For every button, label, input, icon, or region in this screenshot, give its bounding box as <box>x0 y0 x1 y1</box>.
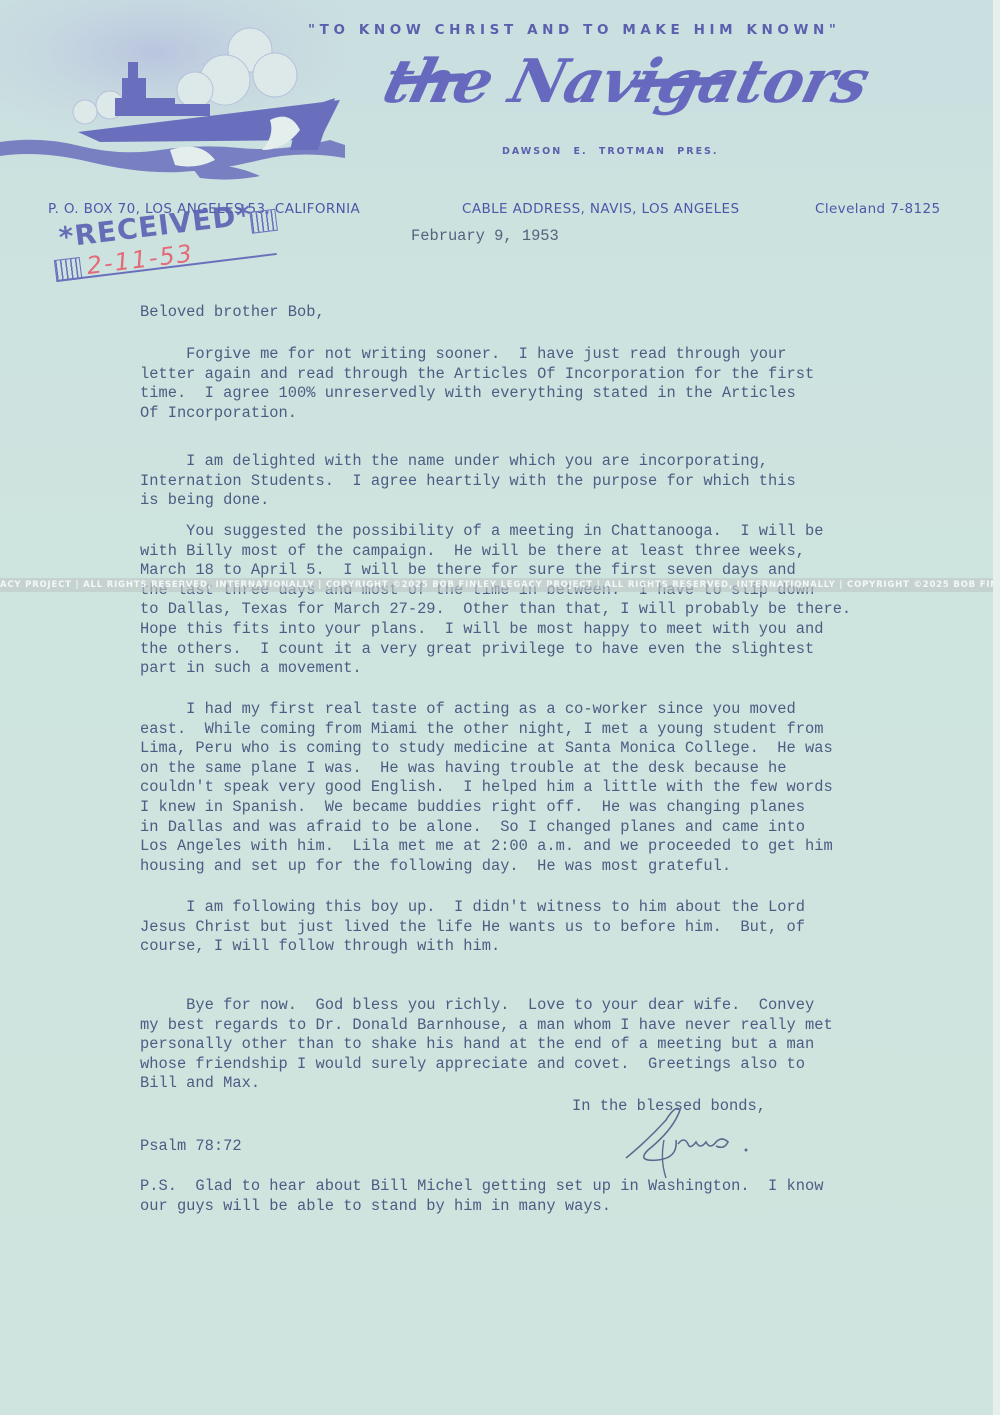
stamp-ticks-icon <box>54 257 82 282</box>
letter-paragraph: Bye for now. God bless you richly. Love … <box>140 996 833 1094</box>
letter-line: I knew in Spanish. We became buddies rig… <box>140 798 833 818</box>
letter-line: Hope this fits into your plans. I will b… <box>140 620 851 640</box>
letterhead-brand-logo: the Navigators <box>378 52 875 112</box>
letter-line: You suggested the possibility of a meeti… <box>140 522 851 542</box>
letter-line: letter again and read through the Articl… <box>140 365 814 385</box>
letter-line: course, I will follow through with him. <box>140 937 805 957</box>
letter-paragraph: You suggested the possibility of a meeti… <box>140 522 851 679</box>
letter-line: I had my first real taste of acting as a… <box>140 700 833 720</box>
paper-edge <box>993 0 1000 1415</box>
letter-line: housing and set up for the following day… <box>140 857 833 877</box>
letter-page: "TO KNOW CHRIST AND TO MAKE HIM KNOWN" t… <box>0 0 993 1415</box>
letter-line: couldn't speak very good English. I help… <box>140 778 833 798</box>
letter-line: Forgive me for not writing sooner. I hav… <box>140 345 814 365</box>
letter-line: in Dallas and was afraid to be alone. So… <box>140 818 833 838</box>
copyright-watermark: ACY PROJECT | ALL RIGHTS RESERVED, INTER… <box>0 578 1000 592</box>
letter-paragraph: Forgive me for not writing sooner. I hav… <box>140 345 814 423</box>
stamp-ticks-icon <box>249 209 277 234</box>
letter-line: the others. I count it a very great priv… <box>140 640 851 660</box>
letter-date: February 9, 1953 <box>411 227 559 247</box>
letter-line: P.S. Glad to hear about Bill Michel gett… <box>140 1177 823 1197</box>
letter-line: on the same plane I was. He was having t… <box>140 759 833 779</box>
letterhead-phone: Cleveland 7-8125 <box>815 201 940 217</box>
letter-line: Jesus Christ but just lived the life He … <box>140 918 805 938</box>
letter-line: part in such a movement. <box>140 659 851 679</box>
letter-line: to Dallas, Texas for March 27-29. Other … <box>140 600 851 620</box>
letter-paragraph: I am delighted with the name under which… <box>140 452 796 511</box>
letter-line: with Billy most of the campaign. He will… <box>140 542 851 562</box>
letter-line: I am delighted with the name under which… <box>140 452 796 472</box>
letter-line: our guys will be able to stand by him in… <box>140 1197 823 1217</box>
letter-paragraph: I am following this boy up. I didn't wit… <box>140 898 805 957</box>
letter-postscript: P.S. Glad to hear about Bill Michel gett… <box>140 1177 823 1216</box>
letter-line: I am following this boy up. I didn't wit… <box>140 898 805 918</box>
battleship-illustration <box>0 0 345 185</box>
letter-line: Of Incorporation. <box>140 404 814 424</box>
letter-line: my best regards to Dr. Donald Barnhouse,… <box>140 1016 833 1036</box>
scripture-reference: Psalm 78:72 <box>140 1137 242 1157</box>
letter-line: east. While coming from Miami the other … <box>140 720 833 740</box>
letter-line: Lima, Peru who is coming to study medici… <box>140 739 833 759</box>
letter-line: Los Angeles with him. Lila met me at 2:0… <box>140 837 833 857</box>
handwritten-signature <box>618 1100 798 1180</box>
letterhead-cable-address: CABLE ADDRESS, NAVIS, LOS ANGELES <box>462 201 739 217</box>
letter-salutation: Beloved brother Bob, <box>140 303 325 323</box>
letter-line: is being done. <box>140 491 796 511</box>
letter-line: Bye for now. God bless you richly. Love … <box>140 996 833 1016</box>
letterhead-motto: "TO KNOW CHRIST AND TO MAKE HIM KNOWN" <box>308 22 841 38</box>
letterhead-president: DAWSON E. TROTMAN PRES. <box>502 146 719 157</box>
letter-line: personally other than to shake his hand … <box>140 1035 833 1055</box>
letter-line: Internation Students. I agree heartily w… <box>140 472 796 492</box>
letter-paragraph: I had my first real taste of acting as a… <box>140 700 833 876</box>
letter-line: Bill and Max. <box>140 1074 833 1094</box>
letter-line: whose friendship I would surely apprecia… <box>140 1055 833 1075</box>
letter-line: time. I agree 100% unreservedly with eve… <box>140 384 814 404</box>
